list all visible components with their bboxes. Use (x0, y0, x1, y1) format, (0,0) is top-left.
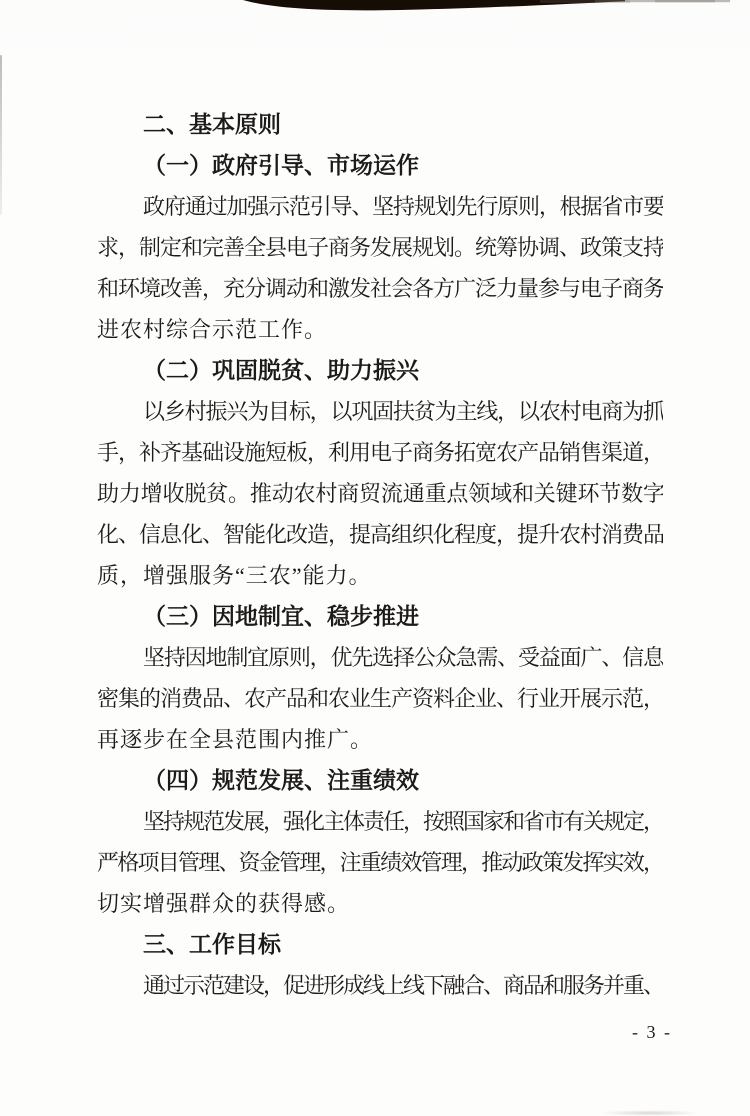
text-line: 严格项目管理、资金管理，注重绩效管理，推动政策发挥实效， (97, 842, 663, 883)
text-line: 进农村综合示范工作。 (97, 309, 663, 350)
text-line: 切实增强群众的获得感。 (97, 883, 663, 924)
text-line: 以乡村振兴为目标，以巩固扶贫为主线，以农村电商为抓 (97, 391, 663, 432)
text-line: 化、信息化、智能化改造，提高组织化程度，提升农村消费品 (97, 514, 663, 555)
scan-artifact-top (0, 0, 750, 18)
text-line: 坚持因地制宜原则，优先选择公众急需、受益面广、信息 (97, 637, 663, 678)
text-line: 求，制定和完善全县电子商务发展规划。统筹协调、政策支持 (97, 227, 663, 268)
document-page: 二、基本原则（一）政府引导、市场运作政府通过加强示范引导、坚持规划先行原则，根据… (0, 0, 750, 1116)
heading-line: 三、工作目标 (97, 924, 663, 965)
heading-line: （四）规范发展、注重绩效 (97, 760, 663, 801)
text-line: 坚持规范发展，强化主体责任，按照国家和省市有关规定， (97, 801, 663, 842)
text-line: 再逐步在全县范围内推广。 (97, 719, 663, 760)
text-line: 政府通过加强示范引导、坚持规划先行原则，根据省市要 (97, 186, 663, 227)
scan-artifact-bottom (600, 1110, 700, 1116)
heading-line: （二）巩固脱贫、助力振兴 (97, 350, 663, 391)
scan-artifact-left-edge (0, 55, 2, 215)
heading-line: 二、基本原则 (97, 104, 663, 145)
text-line: 和环境改善，充分调动和激发社会各方广泛力量参与电子商务 (97, 268, 663, 309)
text-line: 通过示范建设，促进形成线上线下融合、商品和服务并重、 (97, 965, 663, 1006)
heading-line: （一）政府引导、市场运作 (97, 145, 663, 186)
text-line: 质，增强服务“三农”能力。 (97, 555, 663, 596)
text-line: 助力增收脱贫。推动农村商贸流通重点领域和关键环节数字 (97, 473, 663, 514)
document-body: 二、基本原则（一）政府引导、市场运作政府通过加强示范引导、坚持规划先行原则，根据… (97, 104, 663, 1006)
heading-line: （三）因地制宜、稳步推进 (97, 596, 663, 637)
text-line: 密集的消费品、农产品和农业生产资料企业、行业开展示范， (97, 678, 663, 719)
page-number: - 3 - (614, 1020, 690, 1044)
text-line: 手，补齐基础设施短板，利用电子商务拓宽农产品销售渠道， (97, 432, 663, 473)
